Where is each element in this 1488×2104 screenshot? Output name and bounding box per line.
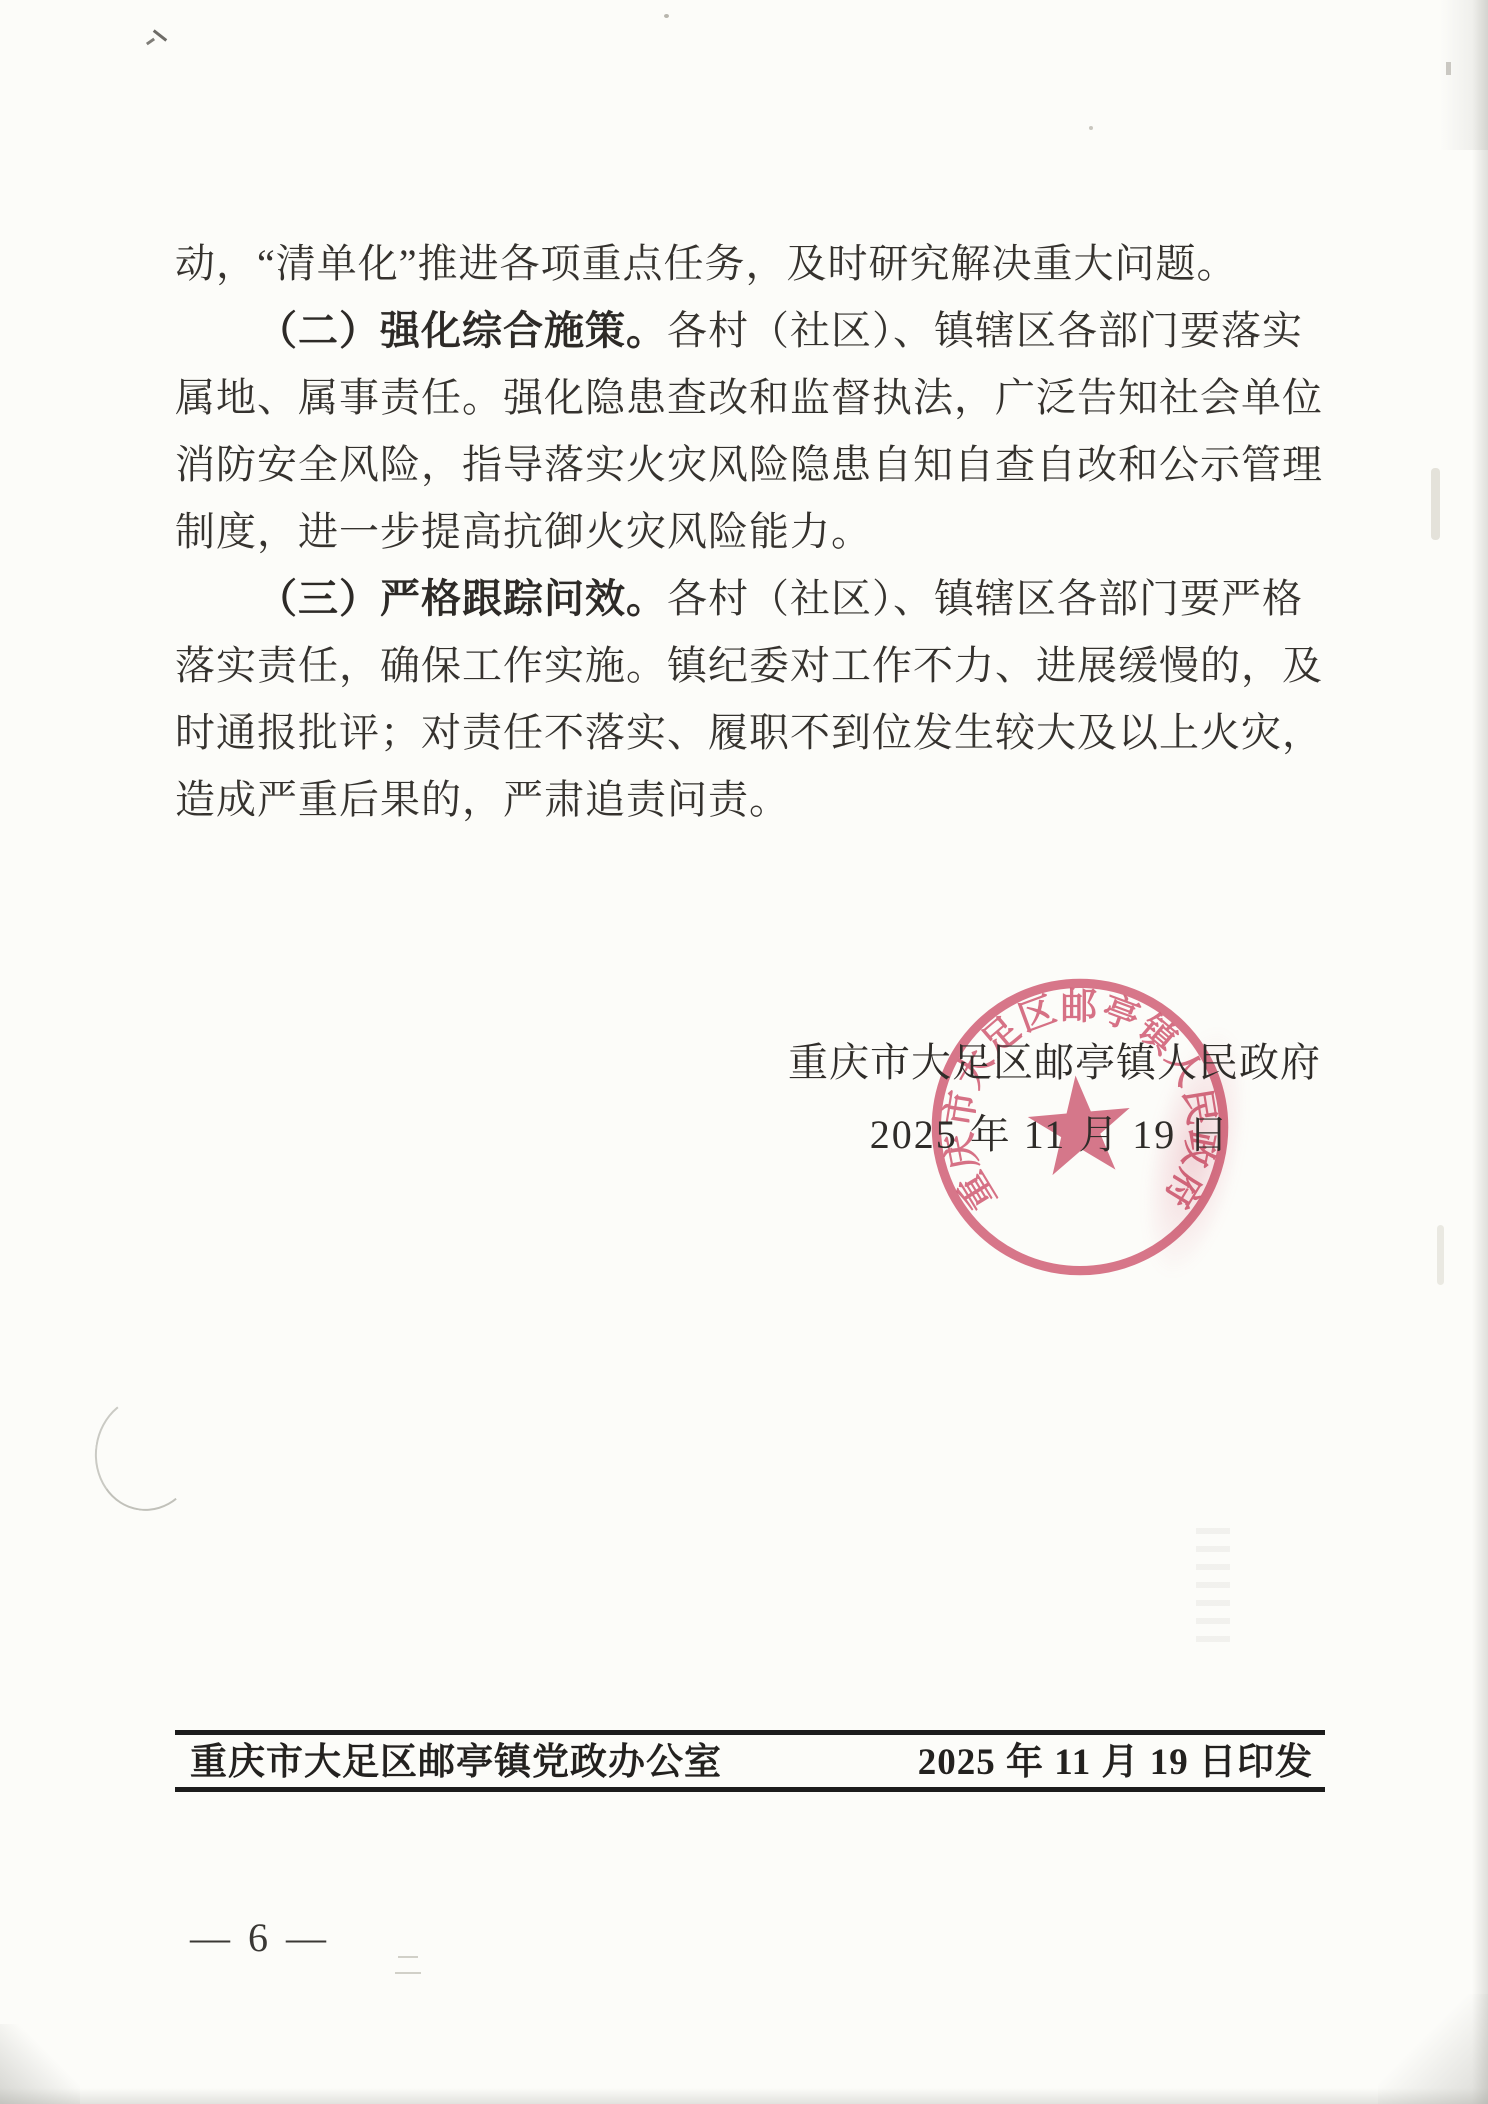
body-line-text: 消防安全风险，指导落实火灾风险隐患自知自查自改和公示管理: [175, 442, 1323, 487]
body-line: 时通报批评；对责任不落实、履职不到位发生较大及以上火灾，: [175, 699, 1335, 766]
body-line: 属地、属事责任。强化隐患查改和监督执法，广泛告知社会单位: [175, 364, 1335, 431]
scan-artifact: [1196, 1528, 1230, 1648]
body-line-text: 属地、属事责任。强化隐患查改和监督执法，广泛告知社会单位: [175, 375, 1323, 420]
scanned-document-page: 动，“清单化”推进各项重点任务，及时研究解决重大问题。 （二）强化综合施策。各村…: [0, 0, 1488, 2104]
scan-artifact: [398, 1956, 418, 1958]
scan-corner-shadow: [0, 2024, 80, 2104]
scan-artifact: [1431, 468, 1440, 540]
body-line-text: 制度，进一步提高抗御火灾风险能力。: [175, 509, 872, 554]
body-line-text: 各村（社区）、镇辖区各部门要严格: [667, 576, 1303, 621]
body-line-text: 时通报批评；对责任不落实、履职不到位发生较大及以上火灾，: [175, 710, 1323, 755]
scan-artifact: [153, 29, 167, 41]
document-body: 动，“清单化”推进各项重点任务，及时研究解决重大问题。 （二）强化综合施策。各村…: [175, 230, 1335, 833]
scan-edge-shadow: [0, 2088, 1488, 2104]
body-line: （二）强化综合施策。各村（社区）、镇辖区各部门要落实: [175, 297, 1335, 364]
signature-date: 2025 年 11 月 19 日: [788, 1112, 1312, 1158]
signature-agency: 重庆市大足区邮亭镇人民政府: [788, 1040, 1312, 1086]
page-number: — 6 —: [190, 1916, 330, 1960]
footer-issuing-office: 重庆市大足区邮亭镇党政办公室: [190, 1742, 722, 1784]
signature-block: 重庆市大足区邮亭镇人民政府 2025 年 11 月 19 日: [788, 1040, 1312, 1158]
footer-print-date: 2025 年 11 月 19 日印发: [918, 1742, 1313, 1784]
body-line: 制度，进一步提高抗御火灾风险能力。: [175, 498, 1335, 565]
body-line: 消防安全风险，指导落实火灾风险隐患自知自查自改和公示管理: [175, 431, 1335, 498]
scan-artifact: [664, 14, 669, 18]
scan-corner-shadow: [1378, 1994, 1488, 2104]
body-line-text: 动，“清单化”推进各项重点任务，及时研究解决重大问题。: [175, 241, 1238, 286]
scan-edge-shadow: [1472, 0, 1488, 2104]
body-line: 动，“清单化”推进各项重点任务，及时研究解决重大问题。: [175, 230, 1335, 297]
footer-rule-top: [175, 1730, 1325, 1735]
body-line-text: 造成严重后果的，严肃追责问责。: [175, 777, 790, 822]
body-line: 落实责任，确保工作实施。镇纪委对工作不力、进展缓慢的，及: [175, 632, 1335, 699]
body-line: （三）严格跟踪问效。各村（社区）、镇辖区各部门要严格: [175, 565, 1335, 632]
scan-artifact: [395, 1972, 421, 1974]
scan-artifact: [1089, 126, 1093, 130]
scan-artifact: [146, 38, 155, 46]
body-line-text: 各村（社区）、镇辖区各部门要落实: [667, 308, 1303, 353]
scan-corner-shadow: [1418, 0, 1488, 150]
body-line-heading: （三）严格跟踪问效。: [257, 576, 667, 621]
body-line-text: 落实责任，确保工作实施。镇纪委对工作不力、进展缓慢的，及: [175, 643, 1323, 688]
footer-rule-bottom: [175, 1787, 1325, 1792]
scan-artifact-arc: [87, 1388, 206, 1517]
scan-artifact: [1437, 1225, 1444, 1285]
scan-artifact: [1446, 62, 1451, 75]
body-line-heading: （二）强化综合施策。: [257, 308, 667, 353]
body-line: 造成严重后果的，严肃追责问责。: [175, 766, 1335, 833]
